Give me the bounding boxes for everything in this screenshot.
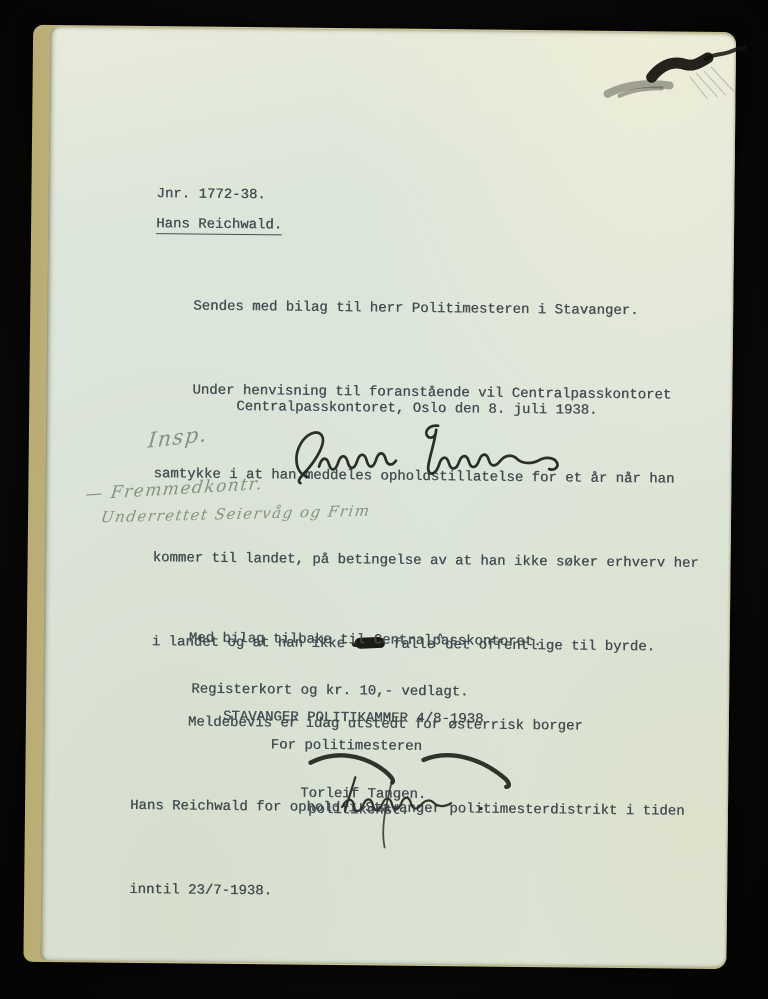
reply-line: Med bilag tilbake til Centralpasskontore…: [132, 624, 722, 658]
ink-blot: [589, 44, 750, 136]
reply-paragraph: Med bilag tilbake til Centralpasskontore…: [128, 568, 722, 966]
subject-name: Hans Reichwald.: [156, 210, 282, 239]
enclosure-line: Registerkort og kr. 10,- vedlagt.: [191, 675, 469, 706]
journal-number: Jnr. 1772-38.: [156, 180, 266, 209]
dateline: Centralpasskontoret, Oslo den 8. juli 19…: [236, 393, 598, 425]
typed-signature-title: politikonst.: [308, 803, 409, 819]
typed-signature-name: Torleif Tangen.: [300, 787, 426, 803]
document-page: Jnr. 1772-38. Hans Reichwald. Sendes med…: [40, 26, 736, 968]
reply-line: inntil 23/7-1938.: [129, 876, 719, 910]
for-politimesteren-line: For politimesteren: [271, 731, 423, 761]
office-stamp-line: STAVANGER POLITIKAMMER 4/8-1938: [223, 703, 484, 734]
paper-stack-edge: Jnr. 1772-38. Hans Reichwald. Sendes med…: [23, 25, 736, 969]
body-line: Sendes med bilag til herr Politimesteren…: [155, 292, 730, 326]
